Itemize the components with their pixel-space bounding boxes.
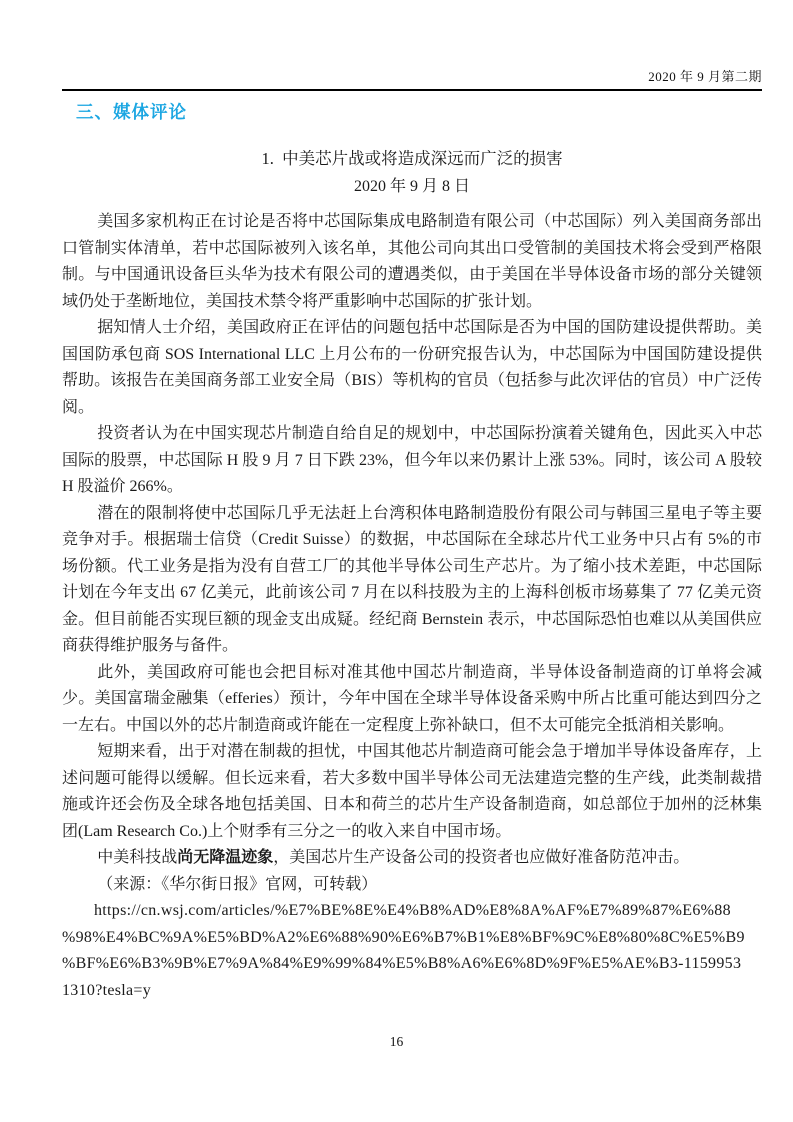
section-heading: 三、媒体评论 — [76, 99, 187, 124]
article-body: 1. 中美芯片战或将造成深远而广泛的损害 2020 年 9 月 8 日 美国多家… — [62, 145, 762, 1004]
url-line-4: 1310?tesla=y — [62, 978, 762, 1005]
paragraph-3: 投资者认为在中国实现芯片制造自给自足的规划中，中芯国际扮演着关键角色，因此买入中… — [62, 421, 762, 501]
source-line: （来源：《华尔街日报》官网，可转载） — [62, 872, 762, 899]
paragraph-4: 潜在的限制将使中芯国际几乎无法赶上台湾积体电路制造股份有限公司与韩国三星电子等主… — [62, 501, 762, 660]
paragraph-2: 据知情人士介绍，美国政府正在评估的问题包括中芯国际是否为中国的国防建设提供帮助。… — [62, 315, 762, 421]
header-rule — [62, 89, 762, 91]
page-number: 16 — [390, 1034, 404, 1049]
document-page: 2020 年 9 月第二期 三、媒体评论 1. 中美芯片战或将造成深远而广泛的损… — [0, 0, 793, 1122]
article-url: https://cn.wsj.com/articles/%E7%BE%8E%E4… — [62, 898, 762, 1004]
url-line-1: https://cn.wsj.com/articles/%E7%BE%8E%E4… — [62, 898, 762, 925]
issue-label: 2020 年 9 月第二期 — [648, 69, 762, 84]
url-line-3: %BF%E6%B3%9B%E7%9A%84%E9%99%84%E5%B8%A6%… — [62, 951, 762, 978]
url-line-2: %98%E4%BC%9A%E5%BD%A2%E6%88%90%E6%B7%B1%… — [62, 925, 762, 952]
paragraph-6: 短期来看，出于对潜在制裁的担忧，中国其他芯片制造商可能会急于增加半导体设备库存，… — [62, 739, 762, 845]
closing-bold-phrase: 尚无降温迹象 — [177, 849, 273, 866]
paragraph-5: 此外，美国政府可能也会把目标对准其他中国芯片制造商，半导体设备制造商的订单将会减… — [62, 660, 762, 740]
closing-suffix: ，美国芯片生产设备公司的投资者也应做好准备防范冲击。 — [273, 849, 689, 866]
article-title: 1. 中美芯片战或将造成深远而广泛的损害 — [62, 145, 762, 173]
paragraph-1: 美国多家机构正在讨论是否将中芯国际集成电路制造有限公司（中芯国际）列入美国商务部… — [62, 209, 762, 315]
article-date: 2020 年 9 月 8 日 — [62, 173, 762, 201]
page-footer: 16 — [0, 1034, 793, 1050]
closing-prefix: 中美科技战 — [97, 849, 177, 866]
page-header: 2020 年 9 月第二期 — [62, 66, 762, 85]
paragraph-closing: 中美科技战尚无降温迹象，美国芯片生产设备公司的投资者也应做好准备防范冲击。 — [62, 845, 762, 872]
